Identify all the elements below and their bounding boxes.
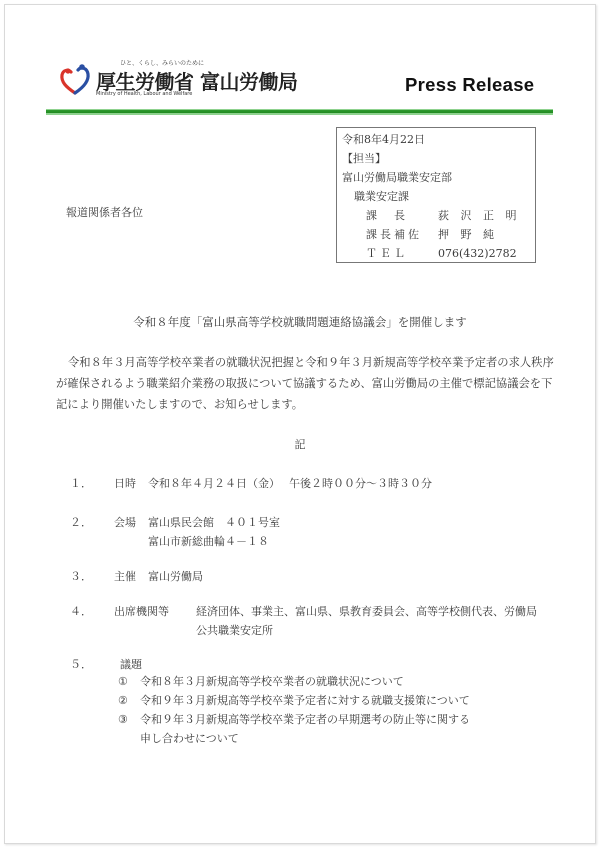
agenda-text: 令和９年３月新規高等学校卒業予定者の早期選考の防止等に関する申し合わせについて bbox=[140, 710, 470, 748]
item-number: １． bbox=[70, 474, 110, 493]
item-value: 経済団体、事業主、富山県、県教育委員会、高等学校側代表、労働局 bbox=[196, 602, 537, 621]
contact-name: 押 野 純 bbox=[438, 225, 498, 244]
item-label: 主催 bbox=[114, 567, 136, 586]
contact-box: 令和8年4月22日 【担当】 富山労働局職業安定部 職業安定課 課 長 荻 沢 … bbox=[336, 127, 536, 263]
contact-row: 課 長 荻 沢 正 明 bbox=[342, 206, 535, 225]
item-number: ５． bbox=[70, 655, 110, 674]
item-label: 日時 bbox=[114, 474, 136, 493]
contact-phone: 076(432)2782 bbox=[438, 244, 517, 263]
contact-row: 課長補佐 押 野 純 bbox=[342, 225, 535, 244]
addressee: 報道関係者各位 bbox=[66, 204, 143, 220]
contact-title: 課長補佐 bbox=[366, 225, 438, 244]
department: 富山労働局職業安定部 bbox=[342, 168, 535, 187]
item-value: 公共職業安定所 bbox=[196, 621, 273, 640]
agenda-item: ③ 令和９年３月新規高等学校卒業予定者の早期選考の防止等に関する申し合わせについ… bbox=[118, 710, 470, 748]
mhlw-logo-icon bbox=[58, 62, 92, 96]
item-label: 会場 bbox=[114, 513, 136, 532]
agenda-list: ① 令和８年３月新規高等学校卒業者の就職状況について ② 令和９年３月新規高等学… bbox=[118, 672, 470, 748]
organization-name-en: Ministry of Health, Labour and Welfare bbox=[96, 91, 192, 97]
contact-row: ＴＥＬ 076(432)2782 bbox=[342, 244, 535, 263]
body-text: 令和８年３月高等学校卒業者の就職状況把握と令和９年３月新規高等学校卒業予定者の求… bbox=[56, 352, 556, 415]
section: 職業安定課 bbox=[342, 187, 535, 206]
contact-title: 課 長 bbox=[366, 206, 438, 225]
document-title: 令和８年度「富山県高等学校就職問題連絡協議会」を開催します bbox=[0, 314, 600, 330]
agenda-marker: ② bbox=[118, 691, 140, 710]
ki-heading: 記 bbox=[0, 436, 600, 452]
item-label: 出席機関等 bbox=[114, 602, 169, 621]
agenda-text: 令和９年３月新規高等学校卒業予定者に対する就職支援策について bbox=[140, 691, 470, 710]
contact-name: 荻 沢 正 明 bbox=[438, 206, 521, 225]
item-value: 令和８年４月２４日（金） 午後２時００分～３時３０分 bbox=[148, 474, 432, 493]
item-number: ２． bbox=[70, 513, 110, 532]
contact-label: 【担当】 bbox=[342, 149, 535, 168]
contact-title: ＴＥＬ bbox=[366, 244, 438, 263]
release-date: 令和8年4月22日 bbox=[342, 130, 535, 149]
agenda-item: ① 令和８年３月新規高等学校卒業者の就職状況について bbox=[118, 672, 470, 691]
agenda-item: ② 令和９年３月新規高等学校卒業予定者に対する就職支援策について bbox=[118, 691, 470, 710]
item-value: 富山労働局 bbox=[148, 567, 203, 586]
item-number: ３． bbox=[70, 567, 110, 586]
body-paragraph: 令和８年３月高等学校卒業者の就職状況把握と令和９年３月新規高等学校卒業予定者の求… bbox=[56, 352, 556, 415]
press-release-heading: Press Release bbox=[405, 74, 534, 96]
item-value: 富山市新総曲輪４－１８ bbox=[148, 532, 269, 551]
agenda-marker: ① bbox=[118, 672, 140, 691]
agenda-marker: ③ bbox=[118, 710, 140, 748]
header-rule bbox=[46, 109, 553, 115]
item-number: ４． bbox=[70, 602, 110, 621]
agenda-text: 令和８年３月新規高等学校卒業者の就職状況について bbox=[140, 672, 470, 691]
item-value: 富山県民会館 ４０１号室 bbox=[148, 513, 280, 532]
